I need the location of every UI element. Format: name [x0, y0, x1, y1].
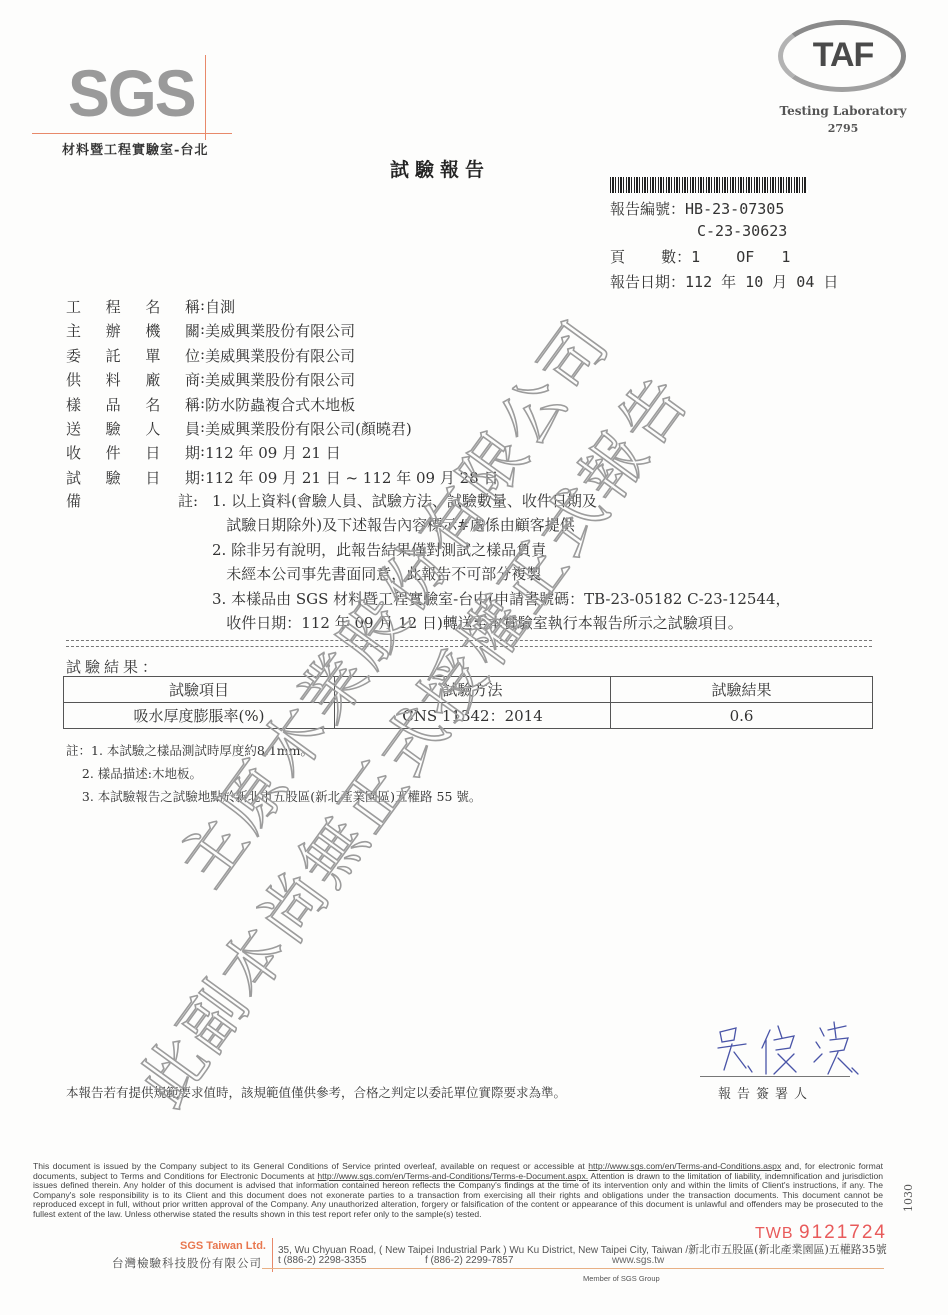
company-name-cn: 台灣檢驗科技股份有限公司 — [112, 1255, 262, 1271]
lab-name: 材料暨工程實驗室-台北 — [62, 139, 208, 158]
results-table: 試驗項目 試驗方法 試驗結果 吸水厚度膨脹率(%) CNS 11342：2014… — [63, 676, 873, 729]
remark-line: 3. 本樣品由 SGS 材料暨工程實驗室-台中(申請書號碼：TB-23-0518… — [212, 588, 791, 609]
cell-item: 吸水厚度膨脹率(%) — [64, 703, 335, 729]
signatory-label: 報告簽署人 — [718, 1083, 813, 1102]
signature-line — [700, 1076, 850, 1077]
info-label: 工程名稱 — [66, 296, 200, 317]
logo-rule-horizontal — [32, 133, 232, 134]
company-fax: f (886-2) 2299-7857 — [425, 1255, 513, 1266]
company-website[interactable]: www.sgs.tw — [612, 1255, 664, 1266]
info-label: 收件日期 — [66, 442, 200, 463]
info-label: 委託單位 — [66, 345, 200, 366]
table-row: 吸水厚度膨脹率(%) CNS 11342：2014 0.6 — [64, 703, 873, 729]
terms-link[interactable]: http://www.sgs.com/en/Terms-and-Conditio… — [588, 1161, 781, 1171]
e-document-terms-link[interactable]: http://www.sgs.com/en/Terms-and-Conditio… — [317, 1171, 588, 1181]
member-of-sgs: Member of SGS Group — [583, 1274, 660, 1283]
page-title: 試驗報告 — [390, 155, 490, 182]
report-date: 報告日期：112 年 10 月 04 日 — [610, 271, 838, 292]
taf-caption: Testing Laboratory — [768, 104, 918, 118]
company-address: 35, Wu Chyuan Road, ( New Taipei Industr… — [278, 1241, 887, 1257]
company-phone: t (886-2) 2298-3355 — [278, 1255, 366, 1266]
info-row: 工程名稱:自測 — [66, 296, 235, 317]
signature-icon — [712, 1018, 862, 1076]
info-label: 送驗人員 — [66, 418, 200, 439]
info-value: 自測 — [205, 296, 235, 317]
footer-rule-horizontal — [262, 1268, 884, 1269]
info-label: 樣品名稱 — [66, 394, 200, 415]
taf-number: 2795 — [768, 122, 918, 135]
remark-line: 收件日期：112 年 09 月 12 日)轉送至本實驗室執行本報告所示之試驗項目… — [212, 612, 743, 633]
info-value: 美威興業股份有限公司 — [205, 369, 355, 390]
section-divider — [66, 640, 872, 647]
logo-rule-vertical — [205, 55, 206, 140]
info-value: 112 年 09 月 21 日 ~ 112 年 09 月 28 日 — [205, 467, 498, 488]
side-number: 1030 — [902, 1184, 915, 1212]
page-count: 頁 數：1 OF 1 — [610, 246, 790, 267]
result-note: 註：1. 本試驗之樣品測試時厚度約8.1mm。 — [66, 741, 313, 759]
disclaimer-cn: 本報告若有提供規範要求值時，該規範值僅供參考，合格之判定以委託單位實際要求為準。 — [66, 1083, 566, 1101]
remark-line: 試驗日期除外)及下述報告內容標示#處係由顧客提供 — [212, 514, 575, 535]
result-note: 3. 本試驗報告之試驗地點於新北市五股區(新北產業園區)五權路 55 號。 — [66, 787, 481, 805]
cell-method: CNS 11342：2014 — [335, 703, 611, 729]
info-row: 委託單位:美威興業股份有限公司 — [66, 345, 355, 366]
info-row: 樣品名稱:防水防蟲複合式木地板 — [66, 394, 355, 415]
info-row: 送驗人員:美威興業股份有限公司(顏曉君) — [66, 418, 412, 439]
cell-result: 0.6 — [611, 703, 873, 729]
barcode-icon — [610, 177, 806, 193]
legal-disclaimer: This document is issued by the Company s… — [33, 1162, 883, 1220]
taf-logo: TAF — [793, 38, 893, 72]
remark-line: 1. 以上資料(會驗人員、試驗方法、試驗數量、收件日期及 — [212, 490, 597, 511]
result-note: 2. 樣品描述:木地板。 — [66, 764, 202, 782]
footer-rule-vertical — [272, 1238, 273, 1272]
info-value: 112 年 09 月 21 日 — [205, 442, 341, 463]
info-row: 主辦機關:美威興業股份有限公司 — [66, 320, 355, 341]
info-label: 主辦機關 — [66, 320, 200, 341]
company-name-en: SGS Taiwan Ltd. — [180, 1240, 266, 1252]
info-label: 供料廠商 — [66, 369, 200, 390]
col-header-method: 試驗方法 — [335, 677, 611, 703]
remark-line: 2. 除非另有說明，此報告結果僅對測試之樣品負責 — [212, 539, 546, 560]
info-value: 美威興業股份有限公司 — [205, 320, 355, 341]
table-header-row: 試驗項目 試驗方法 試驗結果 — [64, 677, 873, 703]
info-value: 美威興業股份有限公司 — [205, 345, 355, 366]
info-row: 供料廠商:美威興業股份有限公司 — [66, 369, 355, 390]
remarks-label-suffix: 註: — [178, 490, 198, 511]
col-header-item: 試驗項目 — [64, 677, 335, 703]
info-value: 美威興業股份有限公司(顏曉君) — [205, 418, 412, 439]
info-row: 收件日期:112 年 09 月 21 日 — [66, 442, 341, 463]
report-number: 報告編號：HB-23-07305 — [610, 198, 784, 219]
results-title: 試驗結果： — [66, 656, 161, 677]
sgs-logo: SGS — [68, 60, 195, 126]
remarks-label: 備 — [66, 490, 81, 511]
info-value: 防水防蟲複合式木地板 — [205, 394, 355, 415]
col-header-result: 試驗結果 — [611, 677, 873, 703]
info-row: 試驗日期:112 年 09 月 21 日 ~ 112 年 09 月 28 日 — [66, 467, 498, 488]
info-label: 試驗日期 — [66, 467, 200, 488]
remark-line: 未經本公司事先書面同意，此報告不可部分複製 — [212, 563, 541, 584]
report-number-2: C-23-30623 — [697, 222, 787, 240]
